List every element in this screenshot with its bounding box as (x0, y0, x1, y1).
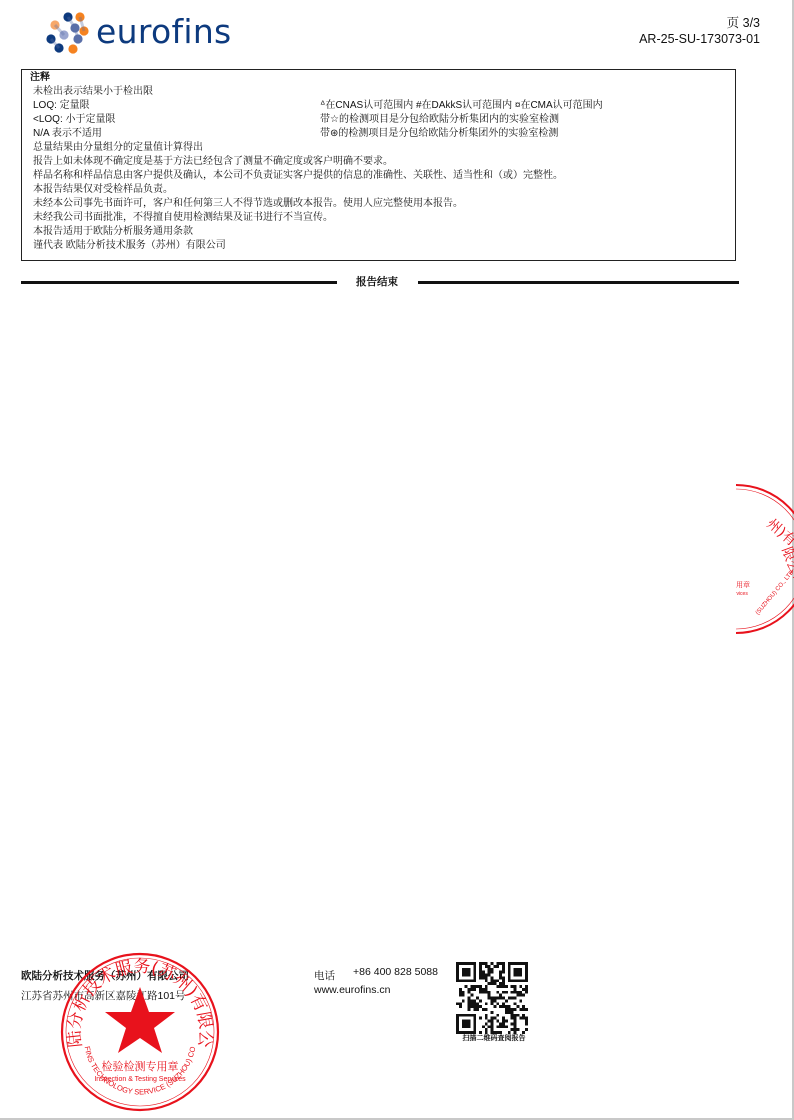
note-line: 报告上如未体现不确定度是基于方法已经包含了测量不确定度或客户明确不要求。 (33, 155, 393, 169)
note-line: 未经我公司书面批准，不得擅自使用检测结果及证书进行不当宣传。 (33, 211, 333, 225)
note-line: 总量结果由分量组分的定量值计算得出 (33, 141, 203, 155)
svg-text:州)有: 州)有 (763, 516, 794, 550)
note-line: 未经本公司事先书面许可，客户和任何第三人不得节选或删改本报告。使用人应完整使用本… (33, 197, 463, 211)
note-line: 未检出表示结果小于检出限 (33, 85, 153, 99)
svg-text:(SUZHOU) CO., LTD.: (SUZHOU) CO., LTD. (755, 568, 794, 616)
page-number: 页 3/3 (727, 15, 760, 31)
end-of-report-label: 报告结束 (337, 274, 417, 289)
note-line: 本报告适用于欧陆分析服务通用条款 (33, 225, 193, 239)
eurofins-dots-icon (46, 11, 90, 55)
footer-company-name: 欧陆分析技术服务（苏州）有限公司 (21, 968, 189, 983)
svg-text:用章: 用章 (736, 580, 750, 589)
qr-caption: 扫描二维码查阅报告 (456, 1033, 532, 1043)
report-number: AR-25-SU-173073-01 (639, 31, 760, 47)
note-line: N/A 表示不适用 (33, 127, 102, 141)
footer-phone-label: 电话 (314, 968, 335, 983)
svg-text:ervices: ervices (736, 591, 748, 597)
end-rule-left (21, 281, 337, 284)
svg-text:检验检测专用章: 检验检测专用章 (102, 1059, 179, 1073)
note-line: 样品名称和样品信息由客户提供及确认，本公司不负责证实客户提供的信息的准确性、关联… (33, 169, 563, 183)
footer-address: 江苏省苏州市高新区嘉陵江路101号 (21, 988, 186, 1003)
footer-phone: +86 400 828 5088 (353, 966, 438, 978)
footer-website-link[interactable]: www.eurofins.cn (314, 984, 390, 996)
accreditation-note: ᐞ在CNAS认可范围内 #在DAkkS认可范围内 ¤在CMA认可范围内 (320, 99, 603, 113)
notes-title: 注释 (30, 71, 50, 85)
end-rule-right (418, 281, 739, 284)
edge-seal-stamp: 州)有 限公司 用章 ervices (SUZHOU) CO., LTD. (736, 483, 794, 635)
note-line: 谨代表 欧陆分析技术服务（苏州）有限公司 (33, 239, 226, 253)
svg-text:Inspection & Testing Services: Inspection & Testing Services (94, 1076, 186, 1083)
subcontract-internal-note: 带☆的检测项目是分包给欧陆分析集团内的实验室检测 (320, 113, 559, 127)
note-line: <LOQ: 小于定量限 (33, 113, 116, 127)
report-qr-code[interactable] (456, 962, 528, 1034)
note-line: 本报告结果仅对受检样品负责。 (33, 183, 173, 197)
subcontract-external-note: 带⊛的检测项目是分包给欧陆分析集团外的实验室检测 (320, 127, 558, 141)
logo-wordmark: eurofins (96, 15, 232, 48)
note-line: LOQ: 定量限 (33, 99, 90, 113)
eurofins-logo: eurofins (46, 11, 232, 55)
notes-box: 注释 未检出表示结果小于检出限 LOQ: 定量限 <LOQ: 小于定量限 N/A… (21, 69, 736, 261)
